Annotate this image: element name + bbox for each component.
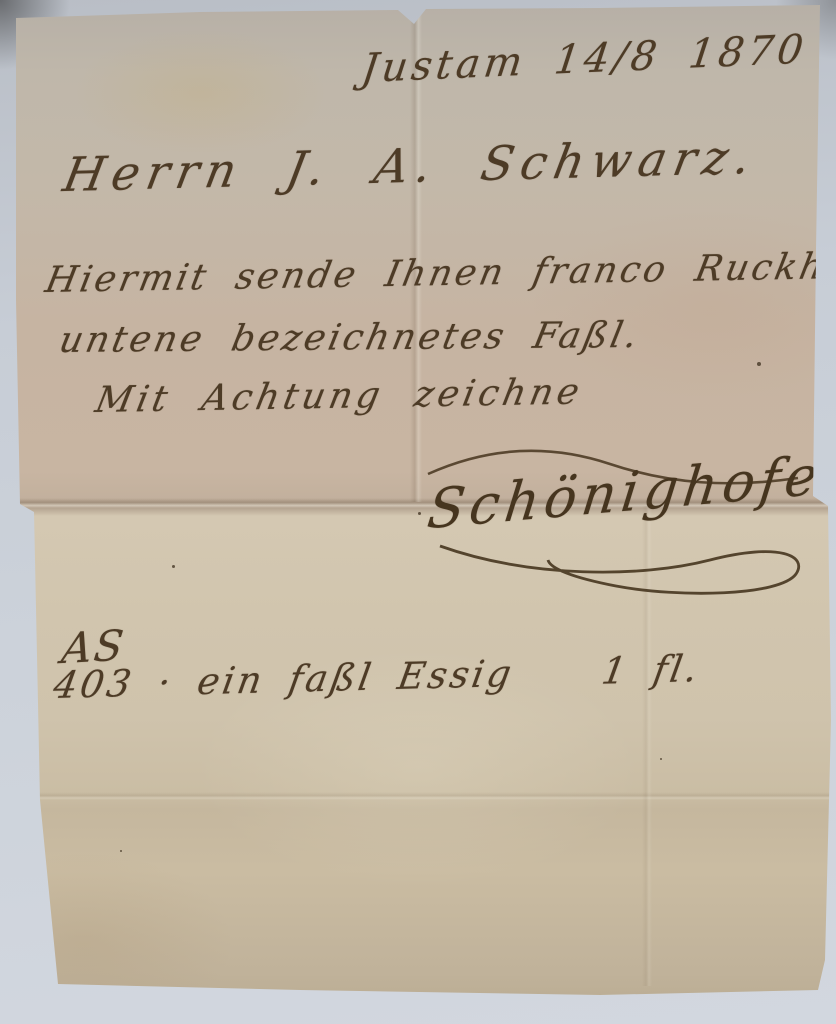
body-line-1: Hiermit sende Ihnen franco Ruckh- xyxy=(42,246,836,301)
paper-speck xyxy=(120,850,122,852)
paper-speck xyxy=(757,362,761,366)
letter-paper: Justam 14/8 1870 Herrn J. A. Schwarz. Hi… xyxy=(0,0,836,1024)
notation-item: ein faßl Essig xyxy=(194,652,517,703)
closing-line: Mit Achtung zeichne xyxy=(92,371,587,421)
paper-speck xyxy=(660,758,662,760)
horizontal-fold-crease-lower xyxy=(34,792,830,800)
notation-number: 403 · xyxy=(50,661,176,707)
salutation-line: Herrn J. A. Schwarz. xyxy=(59,130,762,203)
notation-price: 1 fl. xyxy=(599,647,704,693)
body-line-2: untene bezeichnetes Faßl. xyxy=(56,315,644,361)
date-line: Justam 14/8 1870 xyxy=(359,26,810,92)
notation-line: 403 · ein faßl Essig 1 fl. xyxy=(50,647,703,707)
photo-background: Justam 14/8 1870 Herrn J. A. Schwarz. Hi… xyxy=(0,0,836,1024)
signature: Schönighofer xyxy=(424,440,836,541)
paper-speck xyxy=(418,512,421,515)
vertical-fold-crease-bottom xyxy=(642,506,652,986)
paper-speck xyxy=(172,565,175,568)
